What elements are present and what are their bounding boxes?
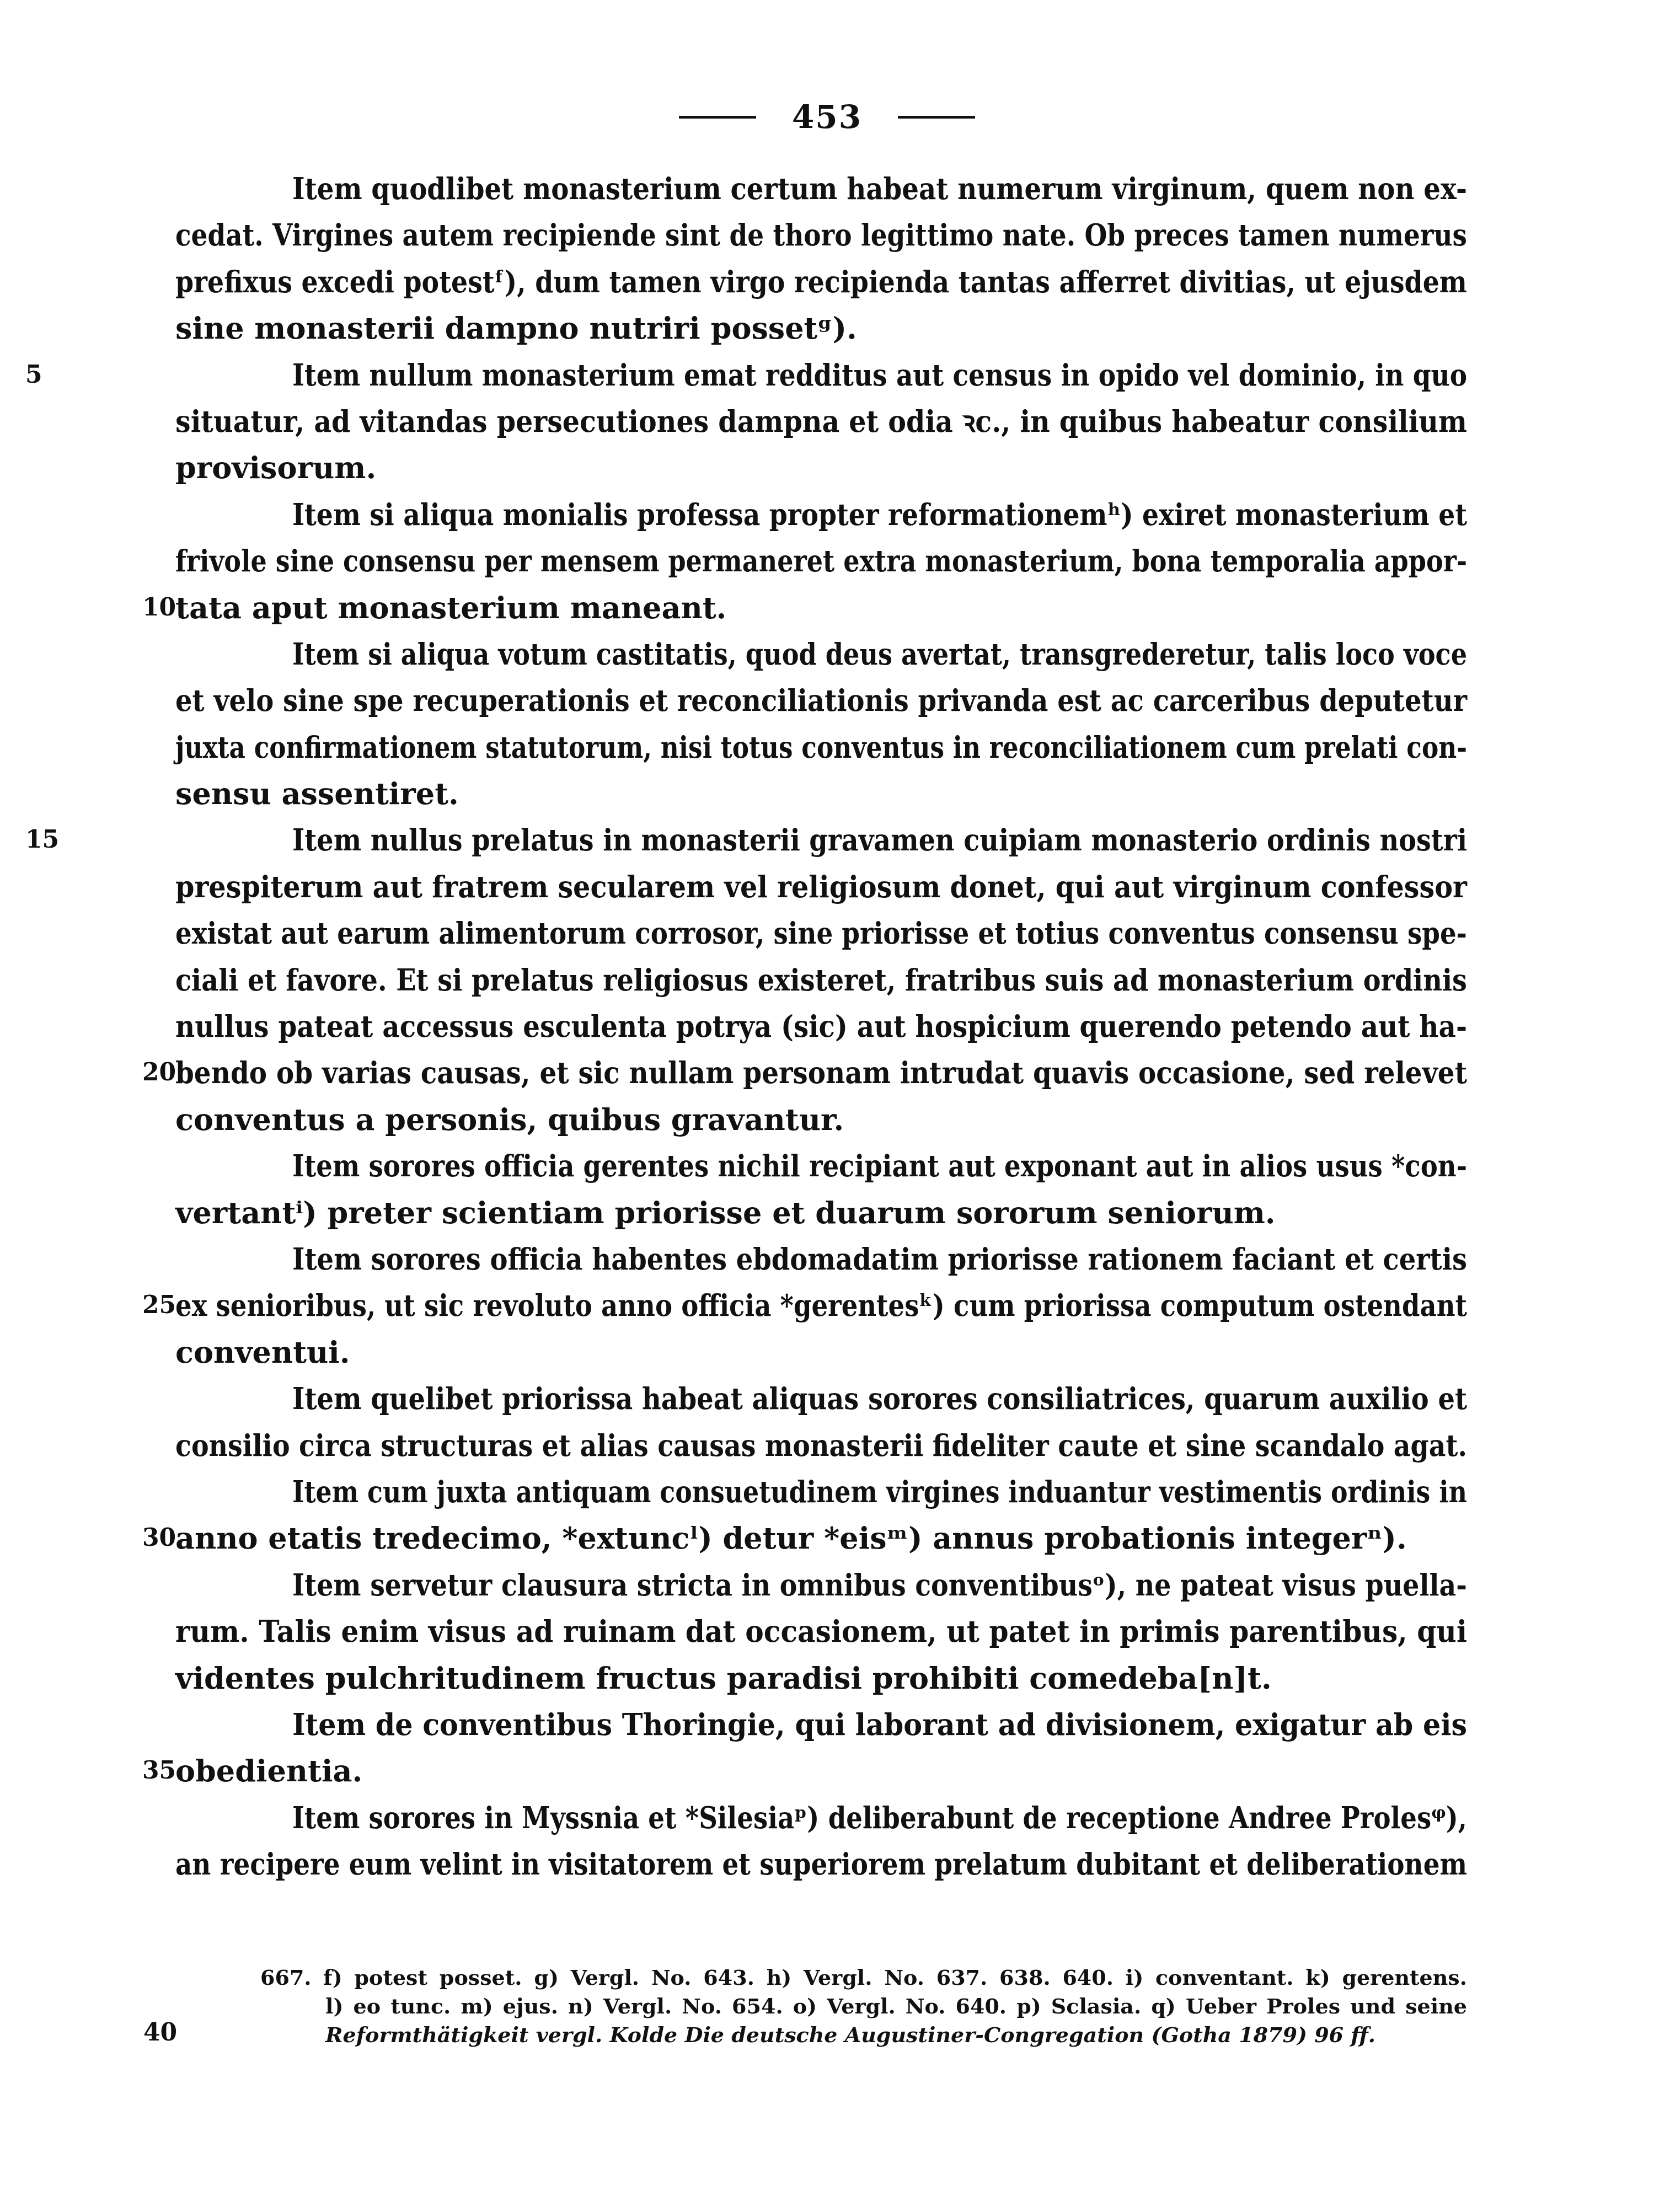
line-text: obedientia. (175, 1753, 362, 1788)
line-text: situatur, ad vitandas persecutiones damp… (175, 398, 1467, 444)
line-text: conventus a personis, quibus gravantur. (175, 1102, 844, 1137)
line-text: bendo ob varias causas, et sic nullam pe… (175, 1049, 1467, 1096)
text-line: situatur, ad vitandas persecutiones damp… (175, 398, 1467, 444)
page-number: 453 (792, 98, 862, 136)
line-text: conventui. (175, 1335, 350, 1370)
text-line: videntes pulchritudinem fructus paradisi… (175, 1655, 1467, 1701)
page-header: 453 (0, 98, 1654, 136)
text-line: juxta confirmationem statutorum, nisi to… (175, 724, 1467, 770)
line-text: Item si aliqua monialis professa propter… (292, 491, 1467, 538)
line-text: provisorum. (175, 450, 376, 485)
line-text: consilio circa structuras et alias causa… (175, 1422, 1467, 1469)
line-text: ex senioribus, ut sic revoluto anno offi… (175, 1282, 1467, 1329)
line-text: Item de conventibus Thoringie, qui labor… (292, 1701, 1467, 1748)
text-line: conventus a personis, quibus gravantur. (175, 1096, 1467, 1143)
line-text: frivole sine consensu per mensem permane… (175, 538, 1467, 584)
text-line: tata aput monasterium maneant.10 (175, 585, 1467, 631)
line-text: Item si aliqua votum castitatis, quod de… (292, 631, 1467, 677)
text-line: vertantⁱ) preter scientiam priorisse et … (175, 1190, 1467, 1236)
text-line: ciali et favore. Et si prelatus religios… (175, 957, 1467, 1003)
text-line: Item sorores officia habentes ebdomadati… (175, 1236, 1467, 1282)
line-text: nullus pateat accessus esculenta potrya … (175, 1003, 1467, 1049)
text-line: frivole sine consensu per mensem permane… (175, 538, 1467, 584)
text-line: ex senioribus, ut sic revoluto anno offi… (175, 1282, 1467, 1329)
footnote-doc-number: 667. (260, 1965, 312, 1990)
line-text: cedat. Virgines autem recipiende sint de… (175, 212, 1467, 258)
text-line: Item sorores officia gerentes nichil rec… (175, 1143, 1467, 1189)
line-number: 40 (143, 2018, 177, 2047)
line-number: 30 (142, 1515, 176, 1561)
header-rule-left (679, 116, 756, 119)
text-line: Item de conventibus Thoringie, qui labor… (175, 1701, 1467, 1748)
line-text: anno etatis tredecimo, *extuncˡ) detur *… (175, 1520, 1407, 1556)
line-text: prefixus excedi potestᶠ), dum tamen virg… (175, 259, 1467, 305)
footnote-line: Reformthätigkeit vergl. Kolde Die deutsc… (325, 2021, 1467, 2049)
line-text: Item servetur clausura stricta in omnibu… (292, 1562, 1467, 1608)
line-text: ciali et favore. Et si prelatus religios… (175, 957, 1467, 1003)
line-text: Item nullum monasterium emat redditus au… (292, 352, 1467, 398)
footnotes: 667. f) potest posset. g) Vergl. No. 643… (325, 1963, 1467, 2049)
body-text: Item quodlibet monasterium certum habeat… (175, 165, 1467, 1887)
text-line: Item quelibet priorissa habeat aliquas s… (175, 1375, 1467, 1422)
line-text: et velo sine spe recuperationis et recon… (175, 677, 1467, 724)
text-line: an recipere eum velint in visitatorem et… (175, 1841, 1467, 1887)
line-text: existat aut earum alimentorum corrosor, … (175, 910, 1467, 956)
text-line: prespiterum aut fratrem secularem vel re… (175, 864, 1467, 910)
footnote-line: 667. f) potest posset. g) Vergl. No. 643… (260, 1963, 1467, 1992)
line-text: rum. Talis enim visus ad ruinam dat occa… (175, 1608, 1467, 1654)
text-line: Item sorores in Myssnia et *Silesiaᵖ) de… (175, 1795, 1467, 1841)
header-rule-right (898, 116, 975, 119)
text-line: conventui. (175, 1329, 1467, 1375)
line-number: 25 (142, 1282, 176, 1329)
line-text: tata aput monasterium maneant. (175, 590, 726, 625)
line-text: sine monasterii dampno nutriri possetᵍ). (175, 310, 857, 346)
text-line: existat aut earum alimentorum corrosor, … (175, 910, 1467, 956)
text-line: anno etatis tredecimo, *extuncˡ) detur *… (175, 1515, 1467, 1561)
text-line: bendo ob varias causas, et sic nullam pe… (175, 1049, 1467, 1096)
text-line: Item nullum monasterium emat redditus au… (175, 352, 1467, 398)
line-text: videntes pulchritudinem fructus paradisi… (175, 1661, 1272, 1696)
text-line: Item quodlibet monasterium certum habeat… (175, 165, 1467, 212)
text-line: provisorum. (175, 444, 1467, 491)
line-text: an recipere eum velint in visitatorem et… (175, 1841, 1467, 1887)
line-text: Item quodlibet monasterium certum habeat… (292, 165, 1467, 212)
text-line: sensu assentiret. (175, 770, 1467, 817)
line-text: prespiterum aut fratrem secularem vel re… (175, 864, 1467, 910)
text-line: Item nullus prelatus in monasterii grava… (175, 817, 1467, 863)
line-text: Item cum juxta antiquam consuetudinem vi… (292, 1469, 1467, 1515)
line-text: Item sorores officia habentes ebdomadati… (292, 1236, 1467, 1282)
text-line: Item cum juxta antiquam consuetudinem vi… (175, 1469, 1467, 1515)
text-line: Item si aliqua monialis professa propter… (175, 491, 1467, 538)
line-text: sensu assentiret. (175, 776, 459, 811)
footnote-line: l) eo tunc. m) ejus. n) Vergl. No. 654. … (325, 1992, 1467, 2021)
text-line: prefixus excedi potestᶠ), dum tamen virg… (175, 259, 1467, 305)
line-number: 10 (142, 585, 176, 631)
text-line: sine monasterii dampno nutriri possetᵍ). (175, 305, 1467, 351)
text-line: nullus pateat accessus esculenta potrya … (175, 1003, 1467, 1049)
line-text: Item quelibet priorissa habeat aliquas s… (292, 1375, 1467, 1422)
line-text: vertantⁱ) preter scientiam priorisse et … (175, 1195, 1276, 1230)
text-line: Item servetur clausura stricta in omnibu… (175, 1562, 1467, 1608)
line-number: 35 (142, 1748, 176, 1794)
line-number: 20 (142, 1049, 176, 1096)
line-number: 15 (25, 817, 59, 863)
text-line: rum. Talis enim visus ad ruinam dat occa… (175, 1608, 1467, 1654)
text-line: consilio circa structuras et alias causa… (175, 1422, 1467, 1469)
footnote-text: f) potest posset. g) Vergl. No. 643. h) … (323, 1965, 1467, 1990)
line-text: Item nullus prelatus in monasterii grava… (292, 817, 1467, 863)
text-line: Item si aliqua votum castitatis, quod de… (175, 631, 1467, 677)
text-line: cedat. Virgines autem recipiende sint de… (175, 212, 1467, 258)
line-text: juxta confirmationem statutorum, nisi to… (175, 724, 1467, 770)
line-number: 5 (25, 352, 42, 398)
text-line: obedientia.35 (175, 1748, 1467, 1794)
line-text: Item sorores officia gerentes nichil rec… (292, 1143, 1467, 1189)
text-line: et velo sine spe recuperationis et recon… (175, 677, 1467, 724)
line-text: Item sorores in Myssnia et *Silesiaᵖ) de… (292, 1795, 1467, 1841)
